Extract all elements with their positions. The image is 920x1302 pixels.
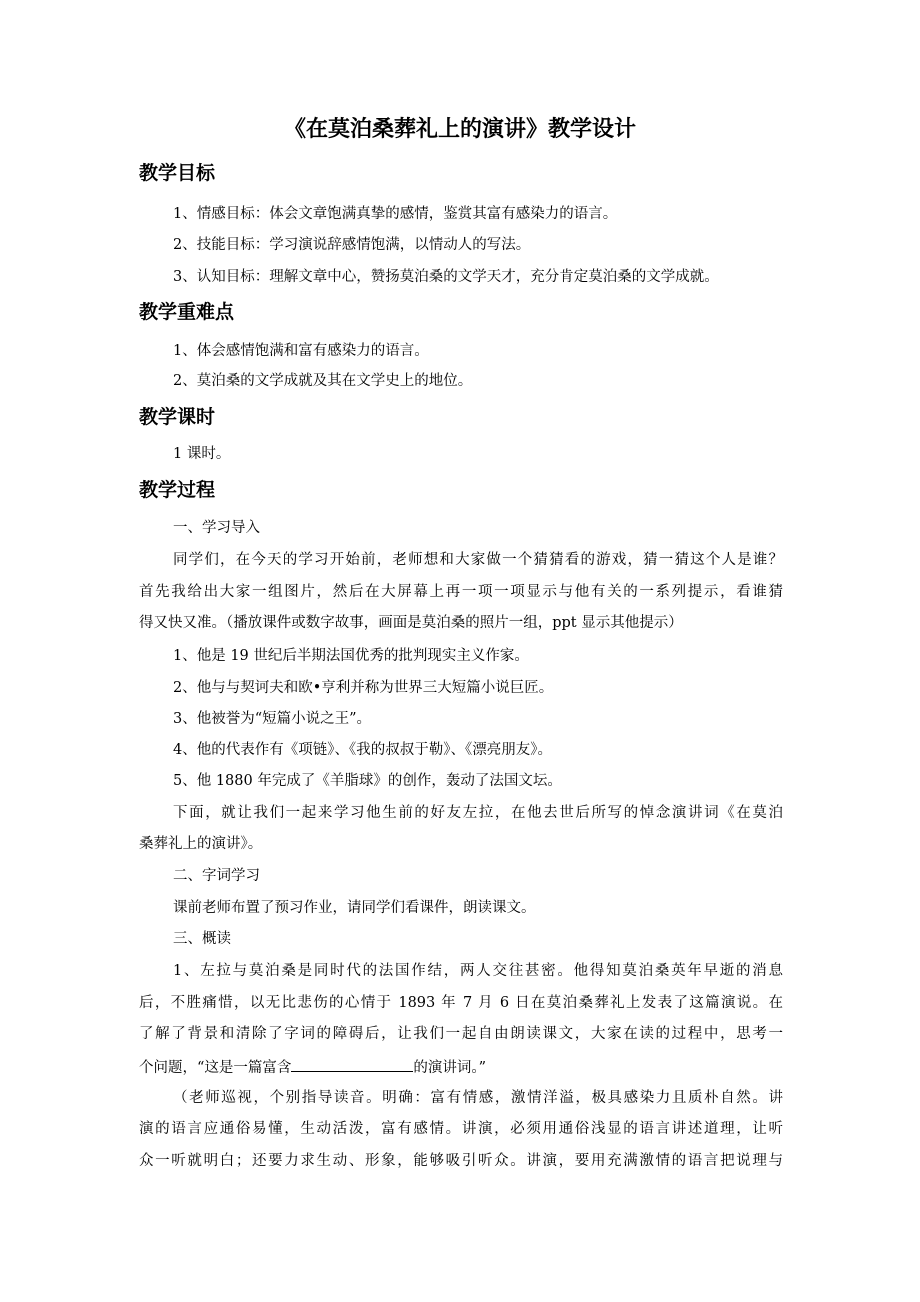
paragraph-line: 后，不胜痛惜，以无比悲伤的心情于 1893 年 7 月 6 日在莫泊桑葬礼上发表… [139, 993, 783, 1013]
heading-class-hours: 教学课时 [139, 404, 215, 430]
fill-in-blank [291, 1056, 413, 1072]
paragraph-line: 1、左拉与莫泊桑是同时代的法国作结，两人交往甚密。他得知莫泊桑英年早逝的消息 [173, 961, 783, 981]
hint-item: 4、他的代表作有《项链》、《我的叔叔于勒》、《漂亮朋友》。 [173, 740, 783, 760]
paragraph-line: 了解了背景和清除了字词的障碍后，让我们一起自由朗读课文，大家在读的过程中，思考一 [139, 1024, 783, 1044]
paragraph-line: 同学们，在今天的学习开始前，老师想和大家做一个猜猜看的游戏，猜一猜这个人是谁？ [173, 550, 783, 570]
objective-item: 1、情感目标：体会文章饱满真挚的感情，鉴赏其富有感染力的语言。 [173, 204, 783, 224]
paragraph-line: 课前老师布置了预习作业，请同学们看课件，朗读课文。 [173, 898, 783, 918]
hint-item: 3、他被誉为“短篇小说之王”。 [173, 709, 783, 729]
hint-item: 5、他 1880 年完成了《羊脂球》的创作，轰动了法国文坛。 [173, 771, 783, 791]
document-page: 《在莫泊桑葬礼上的演讲》教学设计 教学目标 1、情感目标：体会文章饱满真挚的感情… [0, 0, 920, 1302]
question-suffix: 的演讲词。” [413, 1060, 486, 1076]
key-point-item: 2、莫泊桑的文学成就及其在文学史上的地位。 [173, 371, 783, 391]
paragraph-line: 得又快又准。（播放课件或数字故事，画面是莫泊桑的照片一组，ppt 显示其他提示） [139, 613, 783, 633]
paragraph-line: 下面，就让我们一起来学习他生前的好友左拉，在他去世后所写的悼念演讲词《在莫泊 [173, 803, 783, 823]
class-hours-text: 1 课时。 [173, 444, 783, 464]
heading-key-points: 教学重难点 [139, 299, 234, 325]
hint-item: 1、他是 19 世纪后半期法国优秀的批判现实主义作家。 [173, 646, 783, 666]
subheading-intro: 一、学习导入 [173, 518, 783, 538]
objective-item: 2、技能目标：学习演说辞感情饱满，以情动人的写法。 [173, 235, 783, 255]
key-point-item: 1、体会感情饱满和富有感染力的语言。 [173, 341, 783, 361]
paragraph-line: 众一听就明白；还要力求生动、形象，能够吸引听众。讲演，要用充满激情的语言把说理与 [139, 1151, 783, 1171]
hint-item: 2、他与与契诃夫和欧•亨利并称为世界三大短篇小说巨匠。 [173, 678, 783, 698]
heading-objectives: 教学目标 [139, 160, 215, 186]
paragraph-line: （老师巡视，个别指导读音。明确：富有情感，激情洋溢，极具感染力且质朴自然。讲 [173, 1088, 783, 1108]
document-title: 《在莫泊桑葬礼上的演讲》教学设计 [0, 116, 920, 144]
paragraph-line: 首先我给出大家一组图片，然后在大屏幕上再一项一项显示与他有关的一系列提示，看谁猜 [139, 582, 783, 602]
paragraph-line: 桑葬礼上的演讲》。 [139, 834, 783, 854]
question-line: 个问题，“这是一篇富含的演讲词。” [139, 1056, 783, 1078]
objective-item: 3、认知目标：理解文章中心，赞扬莫泊桑的文学天才，充分肯定莫泊桑的文学成就。 [173, 267, 783, 287]
question-prefix: 个问题，“这是一篇富含 [139, 1060, 291, 1076]
heading-process: 教学过程 [139, 477, 215, 503]
subheading-overview-reading: 三、概读 [173, 929, 783, 949]
subheading-vocab: 二、字词学习 [173, 866, 783, 886]
paragraph-line: 演的语言应通俗易懂，生动活泼，富有感情。讲演，必须用通俗浅显的语言讲述道理，让听 [139, 1119, 783, 1139]
